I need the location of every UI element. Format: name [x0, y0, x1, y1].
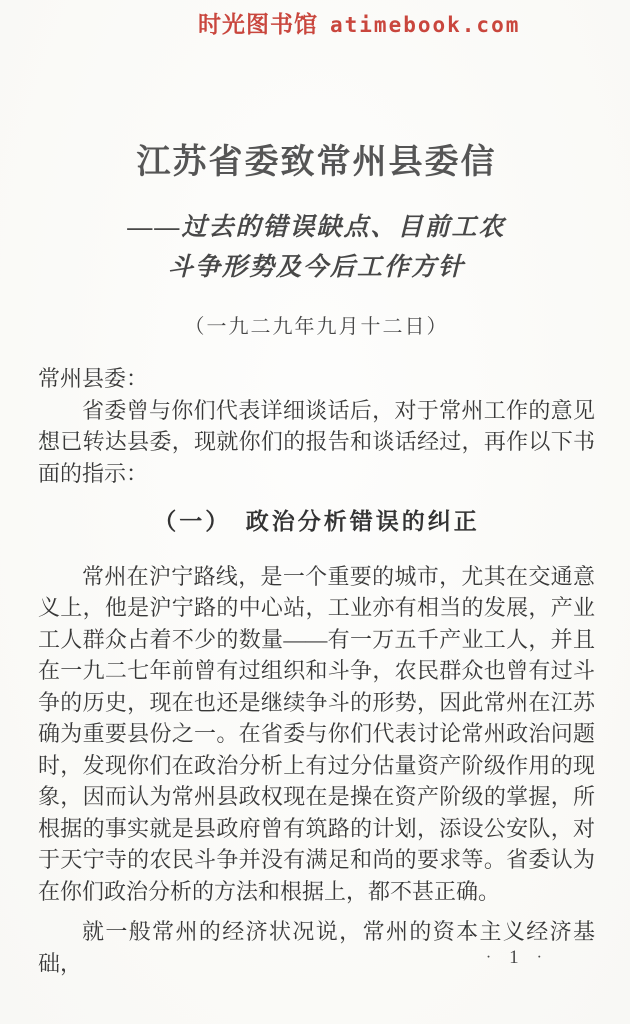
section1-paragraph-1: 常州在沪宁路线，是一个重要的城市，尤其在交通意义上，他是沪宁路的中心站，工业亦有…: [38, 561, 595, 908]
footer-dot-right: ·: [537, 950, 542, 966]
page-number: 1: [509, 947, 519, 969]
document-subtitle-line1: ——过去的错误缺点、目前工农: [38, 208, 595, 248]
document-date-line: （一九二九年九月十二日）: [38, 310, 595, 339]
salutation: 常州县委：: [38, 363, 595, 395]
scanned-book-page: 时光图书馆 atimebook.com 江苏省委致常州县委信 ——过去的错误缺点…: [0, 0, 630, 1024]
page-number-footer: · 1 ·: [486, 947, 542, 969]
document-subtitle: ——过去的错误缺点、目前工农 斗争形势及今后工作方针: [38, 208, 595, 288]
document-subtitle-line2: 斗争形势及今后工作方针: [38, 248, 595, 288]
site-watermark: 时光图书馆 atimebook.com: [198, 6, 520, 39]
watermark-chinese-text: 时光图书馆: [198, 6, 318, 39]
watermark-domain-text: atimebook.com: [330, 13, 520, 37]
footer-dot-left: ·: [486, 950, 491, 966]
intro-paragraph: 省委曾与你们代表详细谈话后，对于常州工作的意见想已转达县委，现就你们的报告和谈话…: [38, 395, 595, 490]
section1-heading: （一） 政治分析错误的纠正: [38, 506, 595, 538]
document-body: 常州县委： 省委曾与你们代表详细谈话后，对于常州工作的意见想已转达县委，现就你们…: [38, 363, 595, 979]
